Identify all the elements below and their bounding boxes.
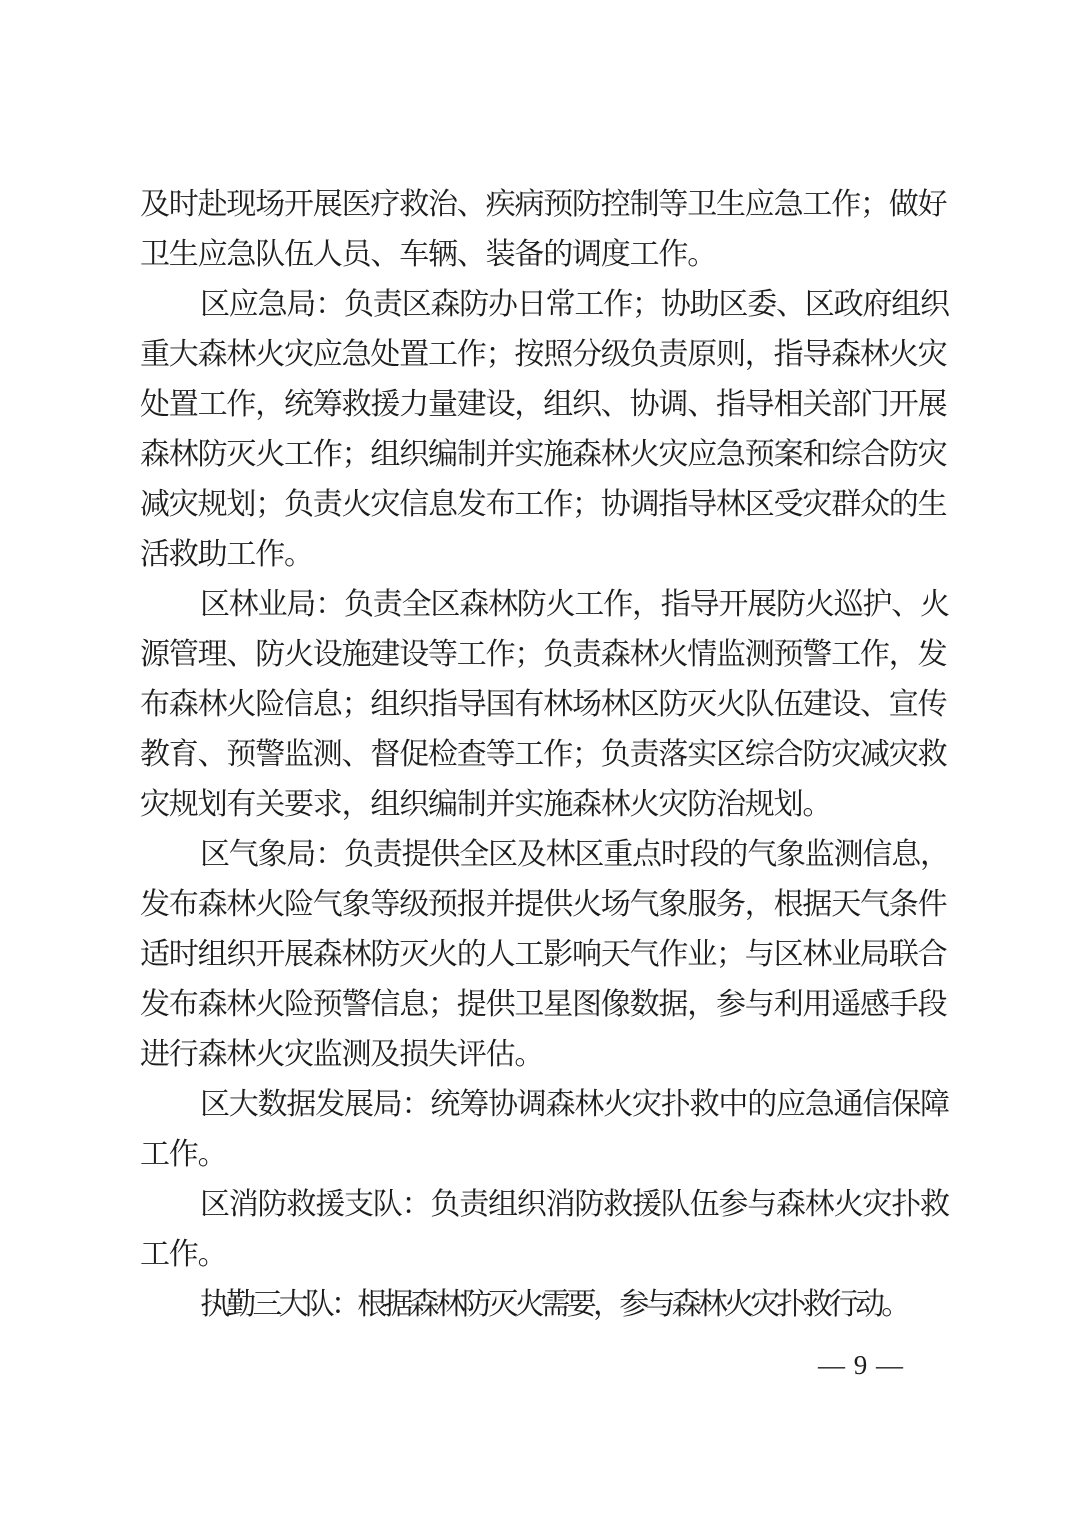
body-line: 教育、预警监测、督促检查等工作；负责落实区综合防灾减灾救 xyxy=(140,730,940,780)
page-number: — 9 — xyxy=(140,1345,940,1385)
paragraph-start-line: 区应急局：负责区森防办日常工作；协助区委、区政府组织 xyxy=(140,280,940,330)
body-line: 活救助工作。 xyxy=(140,530,940,580)
body-line: 发布森林火险预警信息；提供卫星图像数据，参与利用遥感手段 xyxy=(140,980,940,1030)
body-line: 工作。 xyxy=(140,1230,940,1280)
body-line: 森林防灭火工作；组织编制并实施森林火灾应急预案和综合防灾 xyxy=(140,430,940,480)
paragraph-start-line: 区大数据发展局：统筹协调森林火灾扑救中的应急通信保障 xyxy=(140,1080,940,1130)
body-line: 重大森林火灾应急处置工作；按照分级负责原则，指导森林火灾 xyxy=(140,330,940,380)
body-line: 发布森林火险气象等级预报并提供火场气象服务，根据天气条件 xyxy=(140,880,940,930)
body-line: 适时组织开展森林防灭火的人工影响天气作业；与区林业局联合 xyxy=(140,930,940,980)
document-text: 及时赴现场开展医疗救治、疾病预防控制等卫生应急工作；做好 卫生应急队伍人员、车辆… xyxy=(140,180,940,1330)
paragraph-start-line: 区消防救援支队：负责组织消防救援队伍参与森林火灾扑救 xyxy=(140,1180,940,1230)
body-line: 布森林火险信息；组织指导国有林场林区防灭火队伍建设、宣传 xyxy=(140,680,940,730)
body-line: 处置工作，统筹救援力量建设，组织、协调、指导相关部门开展 xyxy=(140,380,940,430)
paragraph-start-line: 区气象局：负责提供全区及林区重点时段的气象监测信息， xyxy=(140,830,940,880)
paragraph-start-line: 区林业局：负责全区森林防火工作，指导开展防火巡护、火 xyxy=(140,580,940,630)
body-line: 减灾规划；负责火灾信息发布工作；协调指导林区受灾群众的生 xyxy=(140,480,940,530)
body-line: 工作。 xyxy=(140,1130,940,1180)
body-line: 及时赴现场开展医疗救治、疾病预防控制等卫生应急工作；做好 xyxy=(140,180,940,230)
body-line: 卫生应急队伍人员、车辆、装备的调度工作。 xyxy=(140,230,940,280)
body-line: 进行森林火灾监测及损失评估。 xyxy=(140,1030,940,1080)
body-line: 源管理、防火设施建设等工作；负责森林火情监测预警工作，发 xyxy=(140,630,940,680)
document-page: 及时赴现场开展医疗救治、疾病预防控制等卫生应急工作；做好 卫生应急队伍人员、车辆… xyxy=(0,0,1074,1520)
paragraph-start-line: 执勤三大队：根据森林防灭火需要，参与森林火灾扑救行动。 xyxy=(140,1280,940,1330)
body-line: 灾规划有关要求，组织编制并实施森林火灾防治规划。 xyxy=(140,780,940,830)
